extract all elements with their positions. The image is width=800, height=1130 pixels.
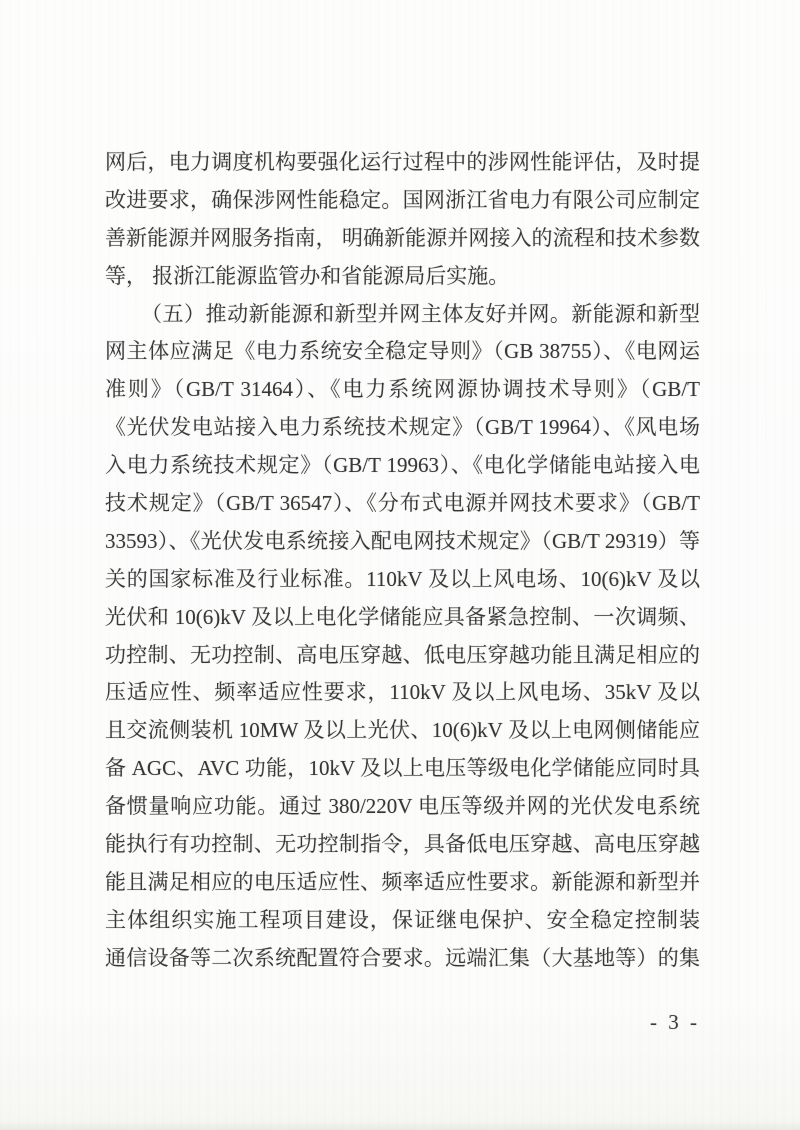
document-page: 网后，电力调度机构要强化运行过程中的涉网性能评估，及时提出改进要求，确保涉网性能… <box>0 0 800 1130</box>
text-line: 功控制、无功控制、高电压穿越、低电压穿越功能且满足相应的电 <box>105 637 700 675</box>
text-line: 通信设备等二次系统配置符合要求。远端汇集（大基地等）的集中 <box>105 940 700 978</box>
text-line: 备惯量响应功能。通过 380/220V 电压等级并网的光伏发电系统应 <box>105 788 700 826</box>
text-line: 主体组织实施工程项目建设，保证继电保护、安全稳定控制装置、 <box>105 902 700 940</box>
text-line: 33593）、《光伏发电系统接入配电网技术规定》（GB/T 29319）等相 <box>105 523 700 561</box>
text-line: 技术规定》（GB/T 36547）、《分布式电源并网技术要求》（GB/T <box>105 485 700 523</box>
text-line: 网主体应满足《电力系统安全稳定导则》（GB 38755）、《电网运行 <box>105 333 700 371</box>
page-number: - 3 - <box>500 1010 700 1035</box>
text-line: 网后，电力调度机构要强化运行过程中的涉网性能评估，及时提出 <box>105 144 700 182</box>
text-line: （五）推动新能源和新型并网主体友好并网。新能源和新型并 <box>105 296 700 334</box>
text-line: 且交流侧装机 10MW 及以上光伏、10(6)kV 及以上电网侧储能应具 <box>105 712 700 750</box>
text-line: 备 AGC、AVC 功能，10kV 及以上电压等级电化学储能应同时具 <box>105 750 700 788</box>
text-line: 光伏和 10(6)kV 及以上电化学储能应具备紧急控制、一次调频、有 <box>105 599 700 637</box>
text-line: 能且满足相应的电压适应性、频率适应性要求。新能源和新型并网 <box>105 864 700 902</box>
text-line: 入电力系统技术规定》（GB/T 19963）、《电化学储能电站接入电网 <box>105 447 700 485</box>
text-line: 准则》（GB/T 31464）、《电力系统网源协调技术导则》（GB/T 4059… <box>105 371 700 409</box>
text-line: 善新能源并网服务指南， 明确新能源并网接入的流程和技术参数 <box>105 220 700 258</box>
text-line: 压适应性、频率适应性要求，110kV 及以上风电场、35kV 及以上 <box>105 674 700 712</box>
text-line: 等， 报浙江能源监管办和省能源局后实施。 <box>105 258 700 296</box>
text-line: 能执行有功控制、无功控制指令，具备低电压穿越、高电压穿越功 <box>105 826 700 864</box>
text-line: 改进要求，确保涉网性能稳定。国网浙江省电力有限公司应制定完 <box>105 182 700 220</box>
text-line: 关的国家标准及行业标准。110kV 及以上风电场、10(6)kV 及以上 <box>105 561 700 599</box>
text-line: 《光伏发电站接入电力系统技术规定》（GB/T 19964）、《风电场接 <box>105 409 700 447</box>
document-body: 网后，电力调度机构要强化运行过程中的涉网性能评估，及时提出改进要求，确保涉网性能… <box>105 144 700 978</box>
